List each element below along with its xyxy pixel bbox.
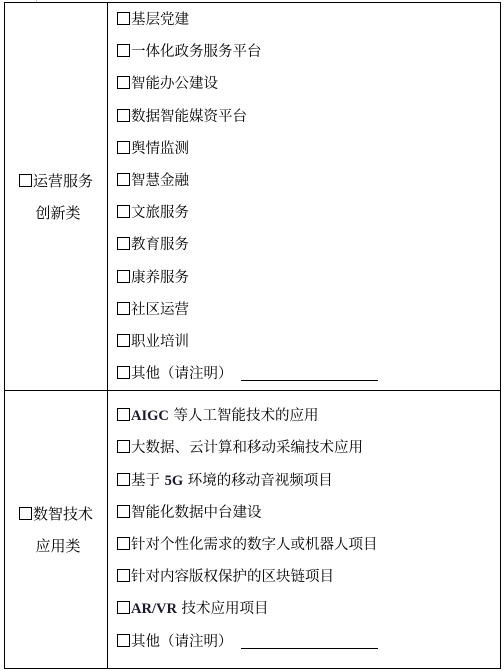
option-aigc[interactable]: AIGC 等人工智能技术的应用 bbox=[117, 400, 500, 432]
option-vocational-training[interactable]: 职业培训 bbox=[117, 326, 500, 358]
category-digital-tech-checkbox[interactable]: 数智技术 bbox=[5, 498, 107, 530]
checkbox-icon bbox=[117, 440, 130, 453]
option-blockchain[interactable]: 针对内容版权保护的区块链项目 bbox=[117, 561, 500, 593]
checkbox-icon bbox=[117, 537, 130, 550]
checkbox-icon bbox=[117, 205, 130, 218]
checkbox-icon bbox=[117, 601, 130, 614]
option-digital-human[interactable]: 针对个性化需求的数字人或机器人项目 bbox=[117, 529, 500, 561]
checkbox-icon bbox=[19, 507, 32, 520]
checkbox-icon bbox=[117, 173, 130, 186]
options-list: AIGC 等人工智能技术的应用 大数据、云计算和移动采编技术应用 基于 5G 环… bbox=[108, 391, 500, 658]
category-label-line2: 创新类 bbox=[5, 197, 107, 229]
options-list: 基层党建 一体化政务服务平台 智能办公建设 数据智能媒资平台 舆情监测 智慧金融… bbox=[108, 3, 500, 390]
option-gov-service-platform[interactable]: 一体化政务服务平台 bbox=[117, 36, 500, 68]
option-other[interactable]: 其他（请注明） bbox=[117, 358, 500, 390]
option-smart-office[interactable]: 智能办公建设 bbox=[117, 68, 500, 100]
checkbox-icon bbox=[117, 408, 130, 421]
category-cell: 运营服务 创新类 bbox=[5, 3, 108, 391]
option-smart-finance[interactable]: 智慧金融 bbox=[117, 165, 500, 197]
option-elderly-care[interactable]: 康养服务 bbox=[117, 262, 500, 294]
option-media-asset-platform[interactable]: 数据智能媒资平台 bbox=[117, 101, 500, 133]
checkbox-icon bbox=[117, 302, 130, 315]
section-operation-service: 运营服务 创新类 基层党建 一体化政务服务平台 智能办公建设 数据智能媒资平台 … bbox=[5, 3, 501, 391]
other-fill-blank[interactable] bbox=[241, 366, 378, 381]
checkbox-icon bbox=[117, 109, 130, 122]
option-big-data-cloud[interactable]: 大数据、云计算和移动采编技术应用 bbox=[117, 432, 500, 464]
option-5g-av[interactable]: 基于 5G 环境的移动音视频项目 bbox=[117, 465, 500, 497]
checkbox-icon bbox=[117, 76, 130, 89]
section-digital-tech: 数智技术 应用类 AIGC 等人工智能技术的应用 大数据、云计算和移动采编技术应… bbox=[5, 391, 501, 669]
option-ar-vr[interactable]: AR/VR 技术应用项目 bbox=[117, 593, 500, 625]
option-other[interactable]: 其他（请注明） bbox=[117, 626, 500, 658]
checkbox-icon bbox=[117, 141, 130, 154]
category-cell: 数智技术 应用类 bbox=[5, 391, 108, 669]
category-selection-table: 运营服务 创新类 基层党建 一体化政务服务平台 智能办公建设 数据智能媒资平台 … bbox=[4, 2, 501, 669]
checkbox-icon bbox=[117, 366, 130, 379]
category-operation-service-checkbox[interactable]: 运营服务 bbox=[5, 165, 107, 197]
checkbox-icon bbox=[117, 505, 130, 518]
checkbox-icon bbox=[117, 569, 130, 582]
checkbox-icon bbox=[117, 12, 130, 25]
option-education[interactable]: 教育服务 bbox=[117, 229, 500, 261]
checkbox-icon bbox=[117, 473, 130, 486]
checkbox-icon bbox=[117, 270, 130, 283]
checkbox-icon bbox=[117, 237, 130, 250]
option-party-building[interactable]: 基层党建 bbox=[117, 4, 500, 36]
option-community[interactable]: 社区运营 bbox=[117, 294, 500, 326]
other-fill-blank[interactable] bbox=[241, 634, 378, 649]
checkbox-icon bbox=[117, 634, 130, 647]
checkbox-icon bbox=[117, 44, 130, 57]
options-cell: AIGC 等人工智能技术的应用 大数据、云计算和移动采编技术应用 基于 5G 环… bbox=[108, 391, 501, 669]
option-data-middle-platform[interactable]: 智能化数据中台建设 bbox=[117, 497, 500, 529]
checkbox-icon bbox=[19, 174, 32, 187]
checkbox-icon bbox=[117, 334, 130, 347]
options-cell: 基层党建 一体化政务服务平台 智能办公建设 数据智能媒资平台 舆情监测 智慧金融… bbox=[108, 3, 501, 391]
option-culture-tourism[interactable]: 文旅服务 bbox=[117, 197, 500, 229]
category-label-line2: 应用类 bbox=[5, 530, 107, 562]
option-public-opinion[interactable]: 舆情监测 bbox=[117, 133, 500, 165]
